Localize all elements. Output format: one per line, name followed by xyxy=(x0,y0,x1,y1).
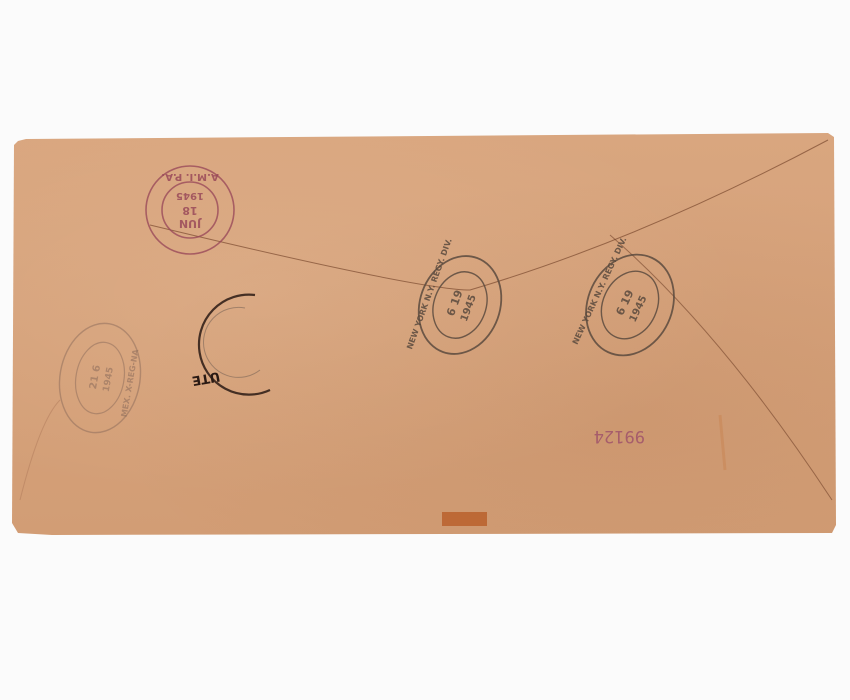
postmark-red-month: JUN xyxy=(179,217,202,230)
postmark-ny-center-ring: NEW YORK N.Y. REGY. DIV. xyxy=(405,237,454,350)
postmark-red-year: 1945 xyxy=(176,190,204,201)
postmark-dark-partial: UTE xyxy=(191,295,270,395)
postmark-red-day: 18 xyxy=(182,204,197,217)
postmark-faint-left: 21 6 1945 MEX. X-REG-NA xyxy=(51,317,149,439)
flap-edge-right xyxy=(610,235,832,500)
postmark-red: JUN 18 1945 A.M.I. P.A. xyxy=(146,166,234,254)
tape-residue xyxy=(442,512,487,526)
postmark-ny-right: 6 19 1945 NEW YORK N.Y. REGY. DIV. xyxy=(567,234,693,376)
postmark-faint-ring: MEX. X-REG-NA xyxy=(120,348,141,418)
postmark-dark-text: UTE xyxy=(191,368,221,388)
registration-number: 99124 xyxy=(594,426,645,446)
postmark-ny-right-ring: NEW YORK N.Y. REGY. DIV. xyxy=(571,236,629,346)
postmark-red-ring-text: A.M.I. P.A. xyxy=(161,171,219,182)
postmark-faint-date: 21 6 xyxy=(88,364,103,390)
envelope-markings: JUN 18 1945 A.M.I. P.A. 6 19 1945 NEW YO… xyxy=(0,0,850,700)
postmark-faint-year: 1945 xyxy=(102,366,116,392)
orange-mark xyxy=(720,415,725,470)
flap-edge-bottom-left xyxy=(20,400,60,500)
flap-edge-left xyxy=(150,140,828,290)
postmark-ny-center: 6 19 1945 NEW YORK N.Y. REGY. DIV. xyxy=(402,236,517,374)
